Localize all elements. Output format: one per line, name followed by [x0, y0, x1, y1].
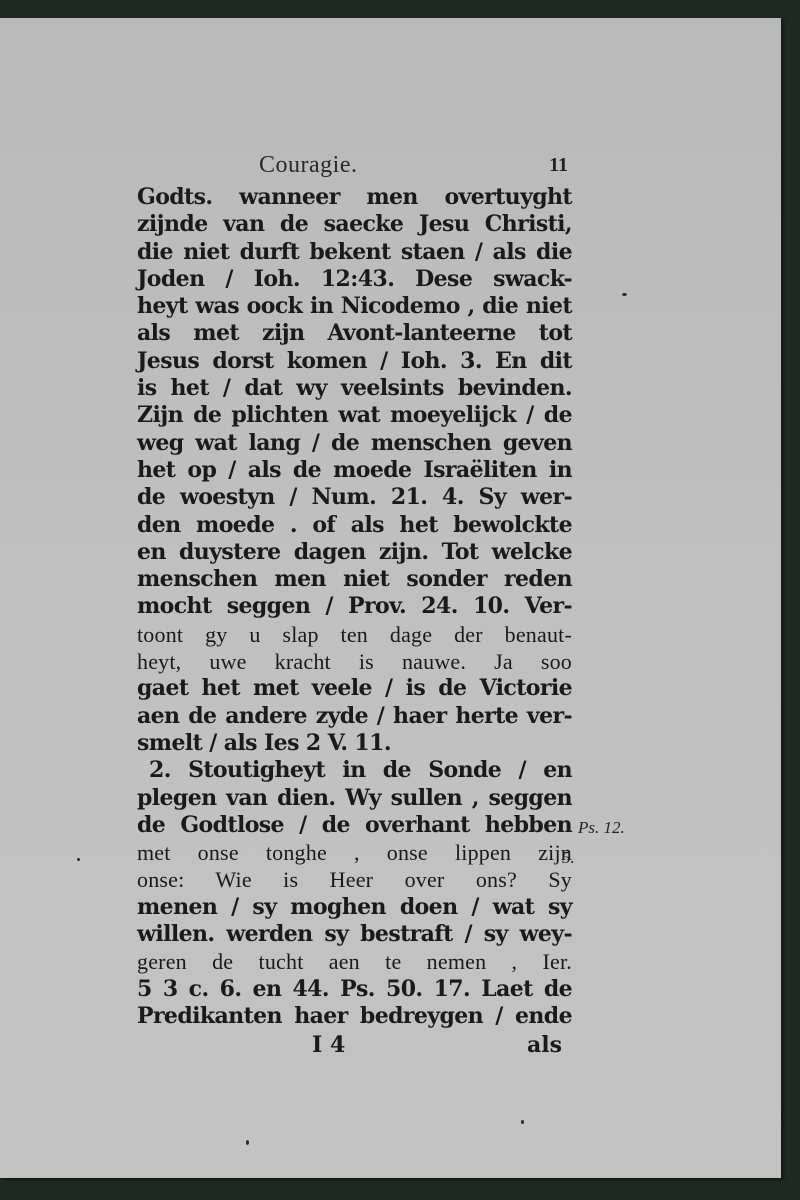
text-line: aen de andere zyde / haer herte ver- [137, 703, 572, 730]
page-header: Couragie. 11 [137, 152, 572, 184]
text-line: de woestyn / Num. 21. 4. Sy wer- [137, 484, 572, 511]
text-line: Predikanten haer bedreygen / ende [137, 1003, 572, 1030]
signature-mark: I 4 [312, 1032, 345, 1058]
text-line: die niet durft bekent staen / als die [137, 239, 572, 266]
text-line: en duystere dagen zijn. Tot welcke [137, 539, 572, 566]
text-line: onse: Wie is Heer over ons? Sy [137, 866, 572, 893]
ink-speck [622, 293, 627, 296]
running-head: Couragie. [259, 152, 357, 179]
ink-speck [77, 858, 80, 861]
text-line: is het / dat wy veelsints bevinden. [137, 375, 572, 402]
ink-speck [246, 1140, 249, 1145]
book-page: Couragie. 11 Godts. wanneer men overtuyg… [0, 18, 781, 1178]
text-line: willen. werden sy bestraft / sy wey- [137, 921, 572, 948]
catchword: als [527, 1032, 562, 1058]
text-line: Zijn de plichten wat moeyelijck / de [137, 402, 572, 429]
text-line: 5 3 c. 6. en 44. Ps. 50. 17. Laet de [137, 976, 572, 1003]
text-line: gaet het met veele / is de Victorie [137, 675, 572, 702]
text-line: de Godtlose / de overhant hebben [137, 812, 572, 839]
text-line: geren de tucht aen te nemen , Ier. [137, 948, 572, 975]
text-line: heyt was oock in Nicodemo , die niet [137, 293, 572, 320]
text-block: Couragie. 11 Godts. wanneer men overtuyg… [137, 152, 572, 1060]
text-line: Jesus dorst komen / Ioh. 3. En dit [137, 348, 572, 375]
text-line: mocht seggen / Prov. 24. 10. Ver- [137, 593, 572, 620]
text-line: plegen van dien. Wy sullen , seggen [137, 785, 572, 812]
text-line: zijnde van de saecke Jesu Christi, [137, 211, 572, 238]
text-line: weg wat lang / de menschen geven [137, 430, 572, 457]
page-number: 11 [549, 154, 568, 177]
page-footer: I 4 als [137, 1032, 572, 1060]
text-line: Joden / Ioh. 12:43. Dese swack- [137, 266, 572, 293]
text-line: met onse tonghe , onse lippen zijn [137, 839, 572, 866]
text-line: heyt, uwe kracht is nauwe. Ja soo [137, 648, 572, 675]
text-line: 2. Stoutigheyt in de Sonde / en [137, 757, 572, 784]
text-line: menschen men niet sonder reden [137, 566, 572, 593]
marginal-note: Ps. 12. [578, 818, 625, 838]
text-line: het op / als de moede Israëliten in [137, 457, 572, 484]
text-line: toont gy u slap ten dage der benaut- [137, 621, 572, 648]
text-line: menen / sy moghen doen / wat sy [137, 894, 572, 921]
text-line: den moede . of als het bewolckte [137, 512, 572, 539]
text-line: als met zijn Avont-lanteerne tot [137, 320, 572, 347]
text-line: smelt / als Ies 2 V. 11. [137, 730, 572, 757]
ink-speck [521, 1120, 524, 1124]
text-line: Godts. wanneer men overtuyght [137, 184, 572, 211]
marginal-note-continued: 5. [562, 848, 575, 868]
